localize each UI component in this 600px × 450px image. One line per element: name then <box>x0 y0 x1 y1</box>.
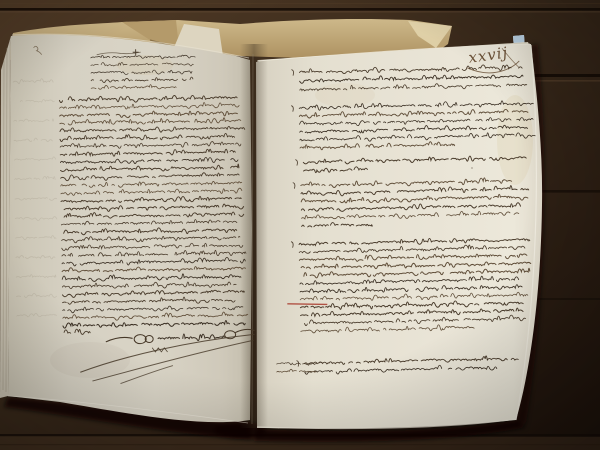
manuscript-photo: xxvij <box>0 0 600 450</box>
scene-canvas: xxvij <box>0 0 600 450</box>
vignette-overlay <box>0 0 600 450</box>
